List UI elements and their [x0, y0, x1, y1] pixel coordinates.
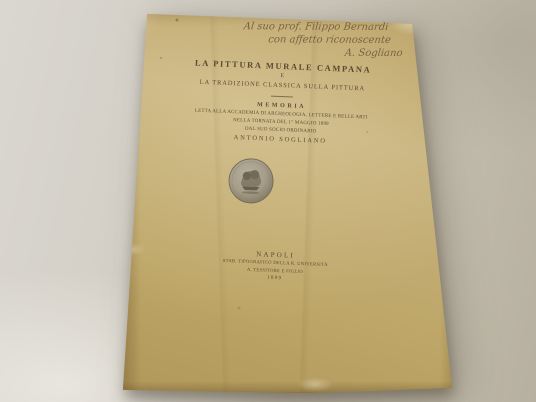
- dedication-line-1: Al suo prof. Filippo Bernardi: [243, 20, 459, 34]
- dedication-signature: A. Sogliano: [344, 47, 456, 61]
- divider-rule: [271, 96, 293, 98]
- handwritten-dedication: Al suo prof. Filippo Bernardi con affett…: [240, 20, 459, 60]
- photo-backdrop: Al suo prof. Filippo Bernardi con affett…: [0, 0, 536, 402]
- dedication-line-2: con affetto riconoscente: [268, 33, 458, 47]
- cover-content: Al suo prof. Filippo Bernardi con affett…: [120, 4, 435, 396]
- medallion-seal-icon: [227, 156, 276, 206]
